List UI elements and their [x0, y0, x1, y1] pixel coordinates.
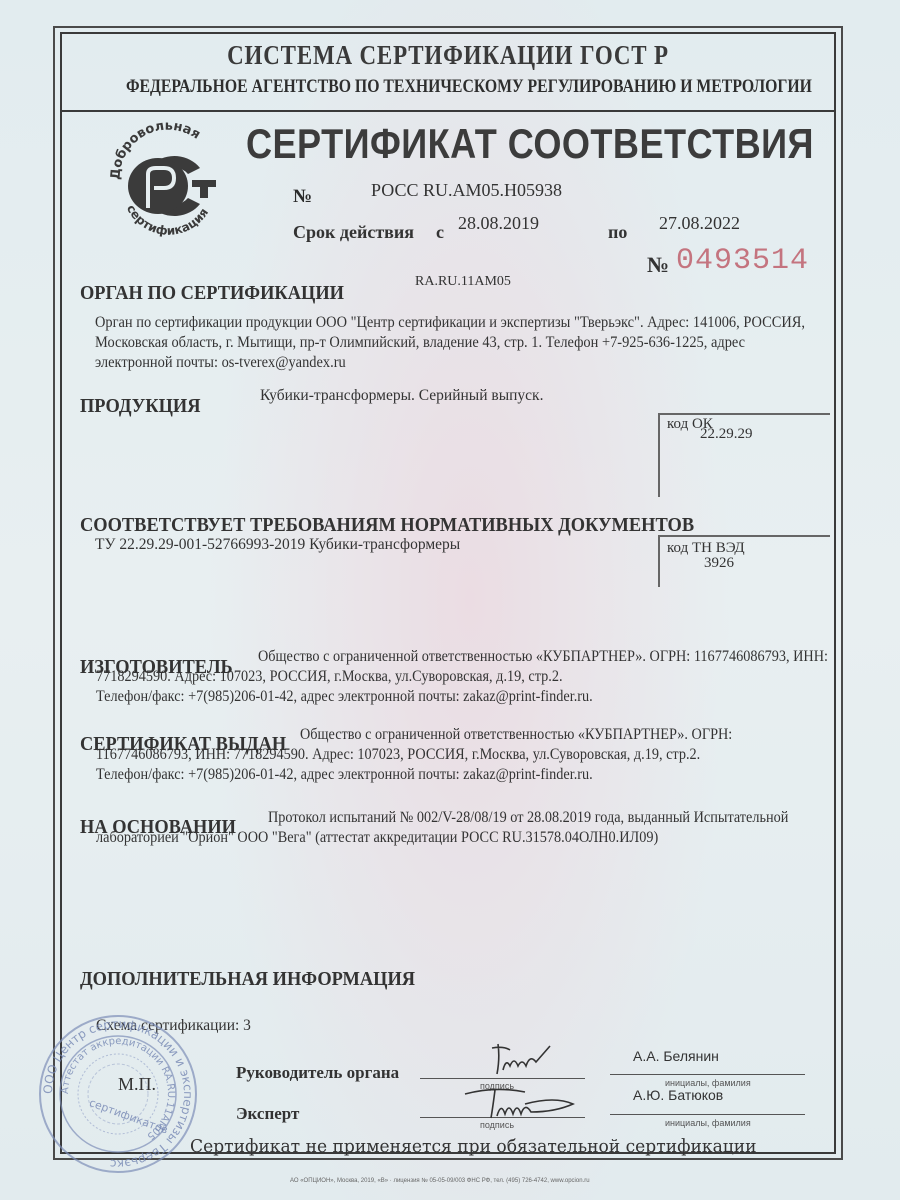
basis-line-1: Протокол испытаний № 002/V-28/08/19 от 2…: [268, 808, 788, 828]
issued-to-line-2: 1167746086793, ИНН: 7718294590. Адрес: 1…: [96, 745, 700, 765]
head-signature-icon: [470, 1040, 560, 1080]
certificate-title: СЕРТИФИКАТ СООТВЕТСТВИЯ: [246, 120, 814, 168]
manufacturer-line-1: Общество с ограниченной ответственностью…: [258, 647, 828, 667]
certification-body-code: RA.RU.11АМ05: [415, 274, 511, 290]
product-label: ПРОДУКЦИЯ: [80, 395, 200, 418]
expert-signature-icon: [455, 1082, 585, 1122]
system-title: СИСТЕМА СЕРТИФИКАЦИИ ГОСТ Р: [118, 40, 778, 71]
certificate-number: РОСС RU.АМ05.Н05938: [371, 180, 562, 201]
head-of-body-label: Руководитель органа: [236, 1063, 399, 1083]
validity-label: Срок действия: [293, 222, 414, 243]
voluntary-note: Сертификат не применяется при обязательн…: [190, 1136, 757, 1157]
tnved-code-value: 3926: [704, 555, 734, 572]
head-name-line: [610, 1074, 805, 1075]
basis-line-2: лабораторией "Орион" ООО "Вега" (аттеста…: [96, 828, 658, 848]
conformity-text: ТУ 22.29.29-001-52766993-2019 Кубики-тра…: [95, 535, 460, 555]
stamp-place-label: М.П.: [118, 1074, 156, 1095]
form-number-sign: №: [647, 252, 669, 278]
head-name: А.А. Белянин: [633, 1048, 719, 1064]
expert-label: Эксперт: [236, 1104, 299, 1124]
issued-to-line-1: Общество с ограниченной ответственностью…: [300, 725, 732, 745]
number-sign: №: [293, 186, 312, 208]
agency-name: ФЕДЕРАЛЬНОЕ АГЕНТСТВО ПО ТЕХНИЧЕСКОМУ РЕ…: [126, 76, 770, 98]
certification-body-text: Орган по сертификации продукции ООО "Цен…: [95, 313, 825, 373]
rst-logo-icon: Добровольная сертификация: [108, 122, 228, 242]
issued-to-line-3: Телефон/факс: +7(985)206-01-42, адрес эл…: [96, 765, 593, 785]
ok-code-value: 22.29.29: [700, 426, 753, 443]
expert-name-caption: инициалы, фамилия: [665, 1118, 751, 1128]
certification-body-label: ОРГАН ПО СЕРТИФИКАЦИИ: [80, 282, 344, 305]
expert-name-line: [610, 1114, 805, 1115]
conformity-label: СООТВЕТСТВУЕТ ТРЕБОВАНИЯМ НОРМАТИВНЫХ ДО…: [80, 514, 694, 537]
additional-info-label: ДОПОЛНИТЕЛЬНАЯ ИНФОРМАЦИЯ: [80, 968, 415, 991]
header-divider: [60, 110, 836, 112]
validity-to-label: по: [608, 222, 627, 243]
valid-from-date: 28.08.2019: [458, 213, 539, 234]
valid-to-date: 27.08.2022: [659, 213, 740, 234]
product-text: Кубики-трансформеры. Серийный выпуск.: [260, 386, 543, 406]
printer-info: АО «ОПЦИОН», Москва, 2019, «В» · лицензи…: [290, 1178, 590, 1184]
validity-from-label: с: [436, 222, 444, 243]
expert-name: А.Ю. Батюков: [633, 1087, 723, 1103]
manufacturer-line-2: 7718294590. Адрес: 107023, РОССИЯ, г.Мос…: [96, 667, 563, 687]
manufacturer-line-3: Телефон/факс: +7(985)206-01-42, адрес эл…: [96, 687, 593, 707]
form-serial-number: 0493514: [676, 244, 809, 278]
